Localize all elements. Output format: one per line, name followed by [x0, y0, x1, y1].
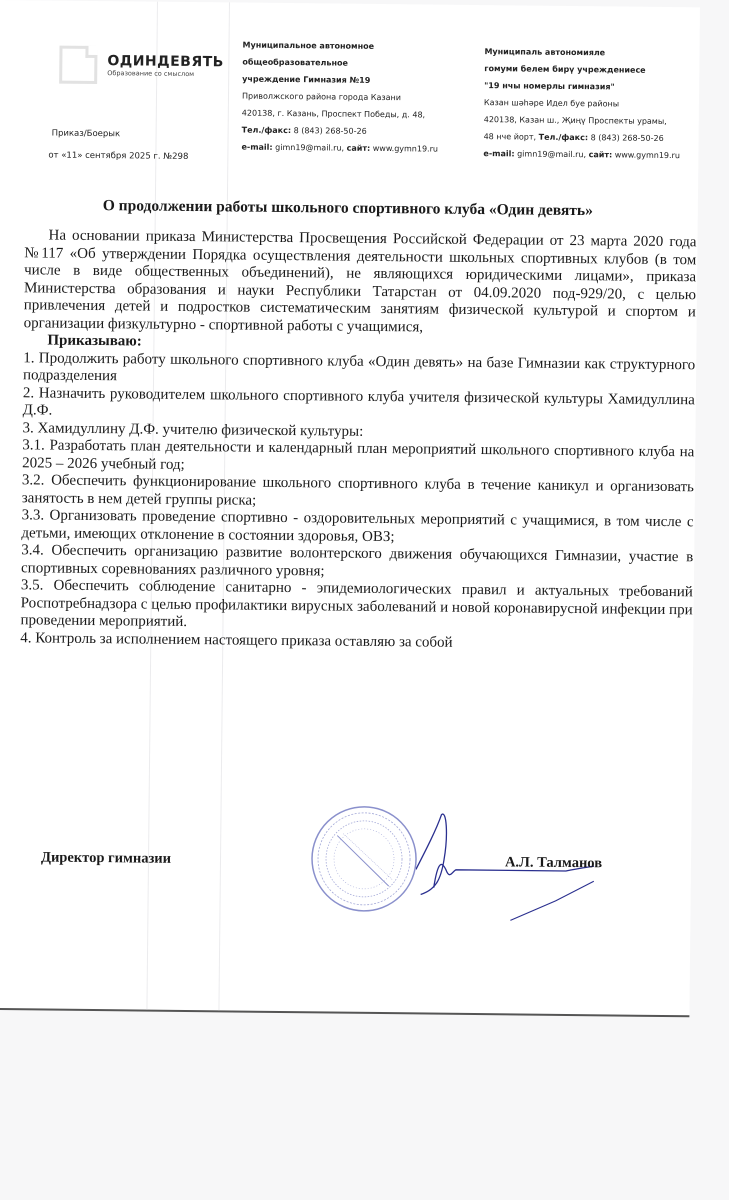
order-item: 3.5. Обеспечить соблюдение санитарно - э…	[20, 577, 693, 637]
tt-email: e-mail: gimn19@mail.ru, сайт: www.gymn19…	[483, 145, 680, 164]
order-date-number: от «11» сентября 2025 г. №298	[48, 151, 188, 162]
director-name: А.Л. Талманов	[505, 854, 602, 872]
order-label: Приказ/Боерык	[52, 129, 121, 140]
russian-letterhead-block: Муниципальное автономное общеобразовател…	[241, 37, 439, 158]
scanned-document-page: ОДИНДЕВЯТЬ Образование со смыслом Приказ…	[0, 0, 700, 1017]
director-position: Директор гимназии	[41, 849, 171, 867]
preamble-paragraph: На основании приказа Министерства Просве…	[24, 227, 697, 339]
tt-line: "19 нчы номерлы гимназия"	[484, 77, 681, 96]
ru-line: 420138, г. Казань, Проспект Победы, д. 4…	[242, 105, 439, 124]
logo-subtitle: Образование со смыслом	[107, 69, 224, 78]
ru-line: общеобразовательное	[242, 54, 439, 73]
logo-title: ОДИНДЕВЯТЬ	[107, 53, 224, 70]
tt-phone: 48 нче йорт, Тел./факс: 8 (843) 268-50-2…	[484, 128, 681, 147]
tt-line: Казан шәһәре Идел буе районы	[484, 94, 681, 113]
ru-line: учреждение Гимназия №19	[242, 71, 439, 90]
round-seal-stamp-icon	[308, 803, 419, 914]
ru-line: Приволжского района города Казани	[242, 88, 439, 107]
tt-line: 420138, Казан ш., Җиңү Проспекты урамы,	[484, 111, 681, 130]
tatar-letterhead-block: Муниципаль автономияле гомуми белем бирү…	[483, 43, 681, 164]
school-logo: ОДИНДЕВЯТЬ Образование со смыслом	[59, 46, 224, 86]
tt-line: гомуми белем бирү учреждениесе	[484, 60, 681, 79]
document-title: О продолжении работы школьного спортивно…	[0, 196, 698, 221]
ru-line: Муниципальное автономное	[242, 37, 439, 56]
tt-line: Муниципаль автономияле	[484, 43, 681, 62]
ru-phone: Тел./факс: 8 (843) 268-50-26	[242, 122, 439, 141]
logo-square-icon	[59, 46, 97, 84]
document-body: На основании приказа Министерства Просве…	[20, 227, 696, 654]
ru-email: e-mail: gimn19@mail.ru, сайт: www.gymn19…	[241, 139, 438, 158]
